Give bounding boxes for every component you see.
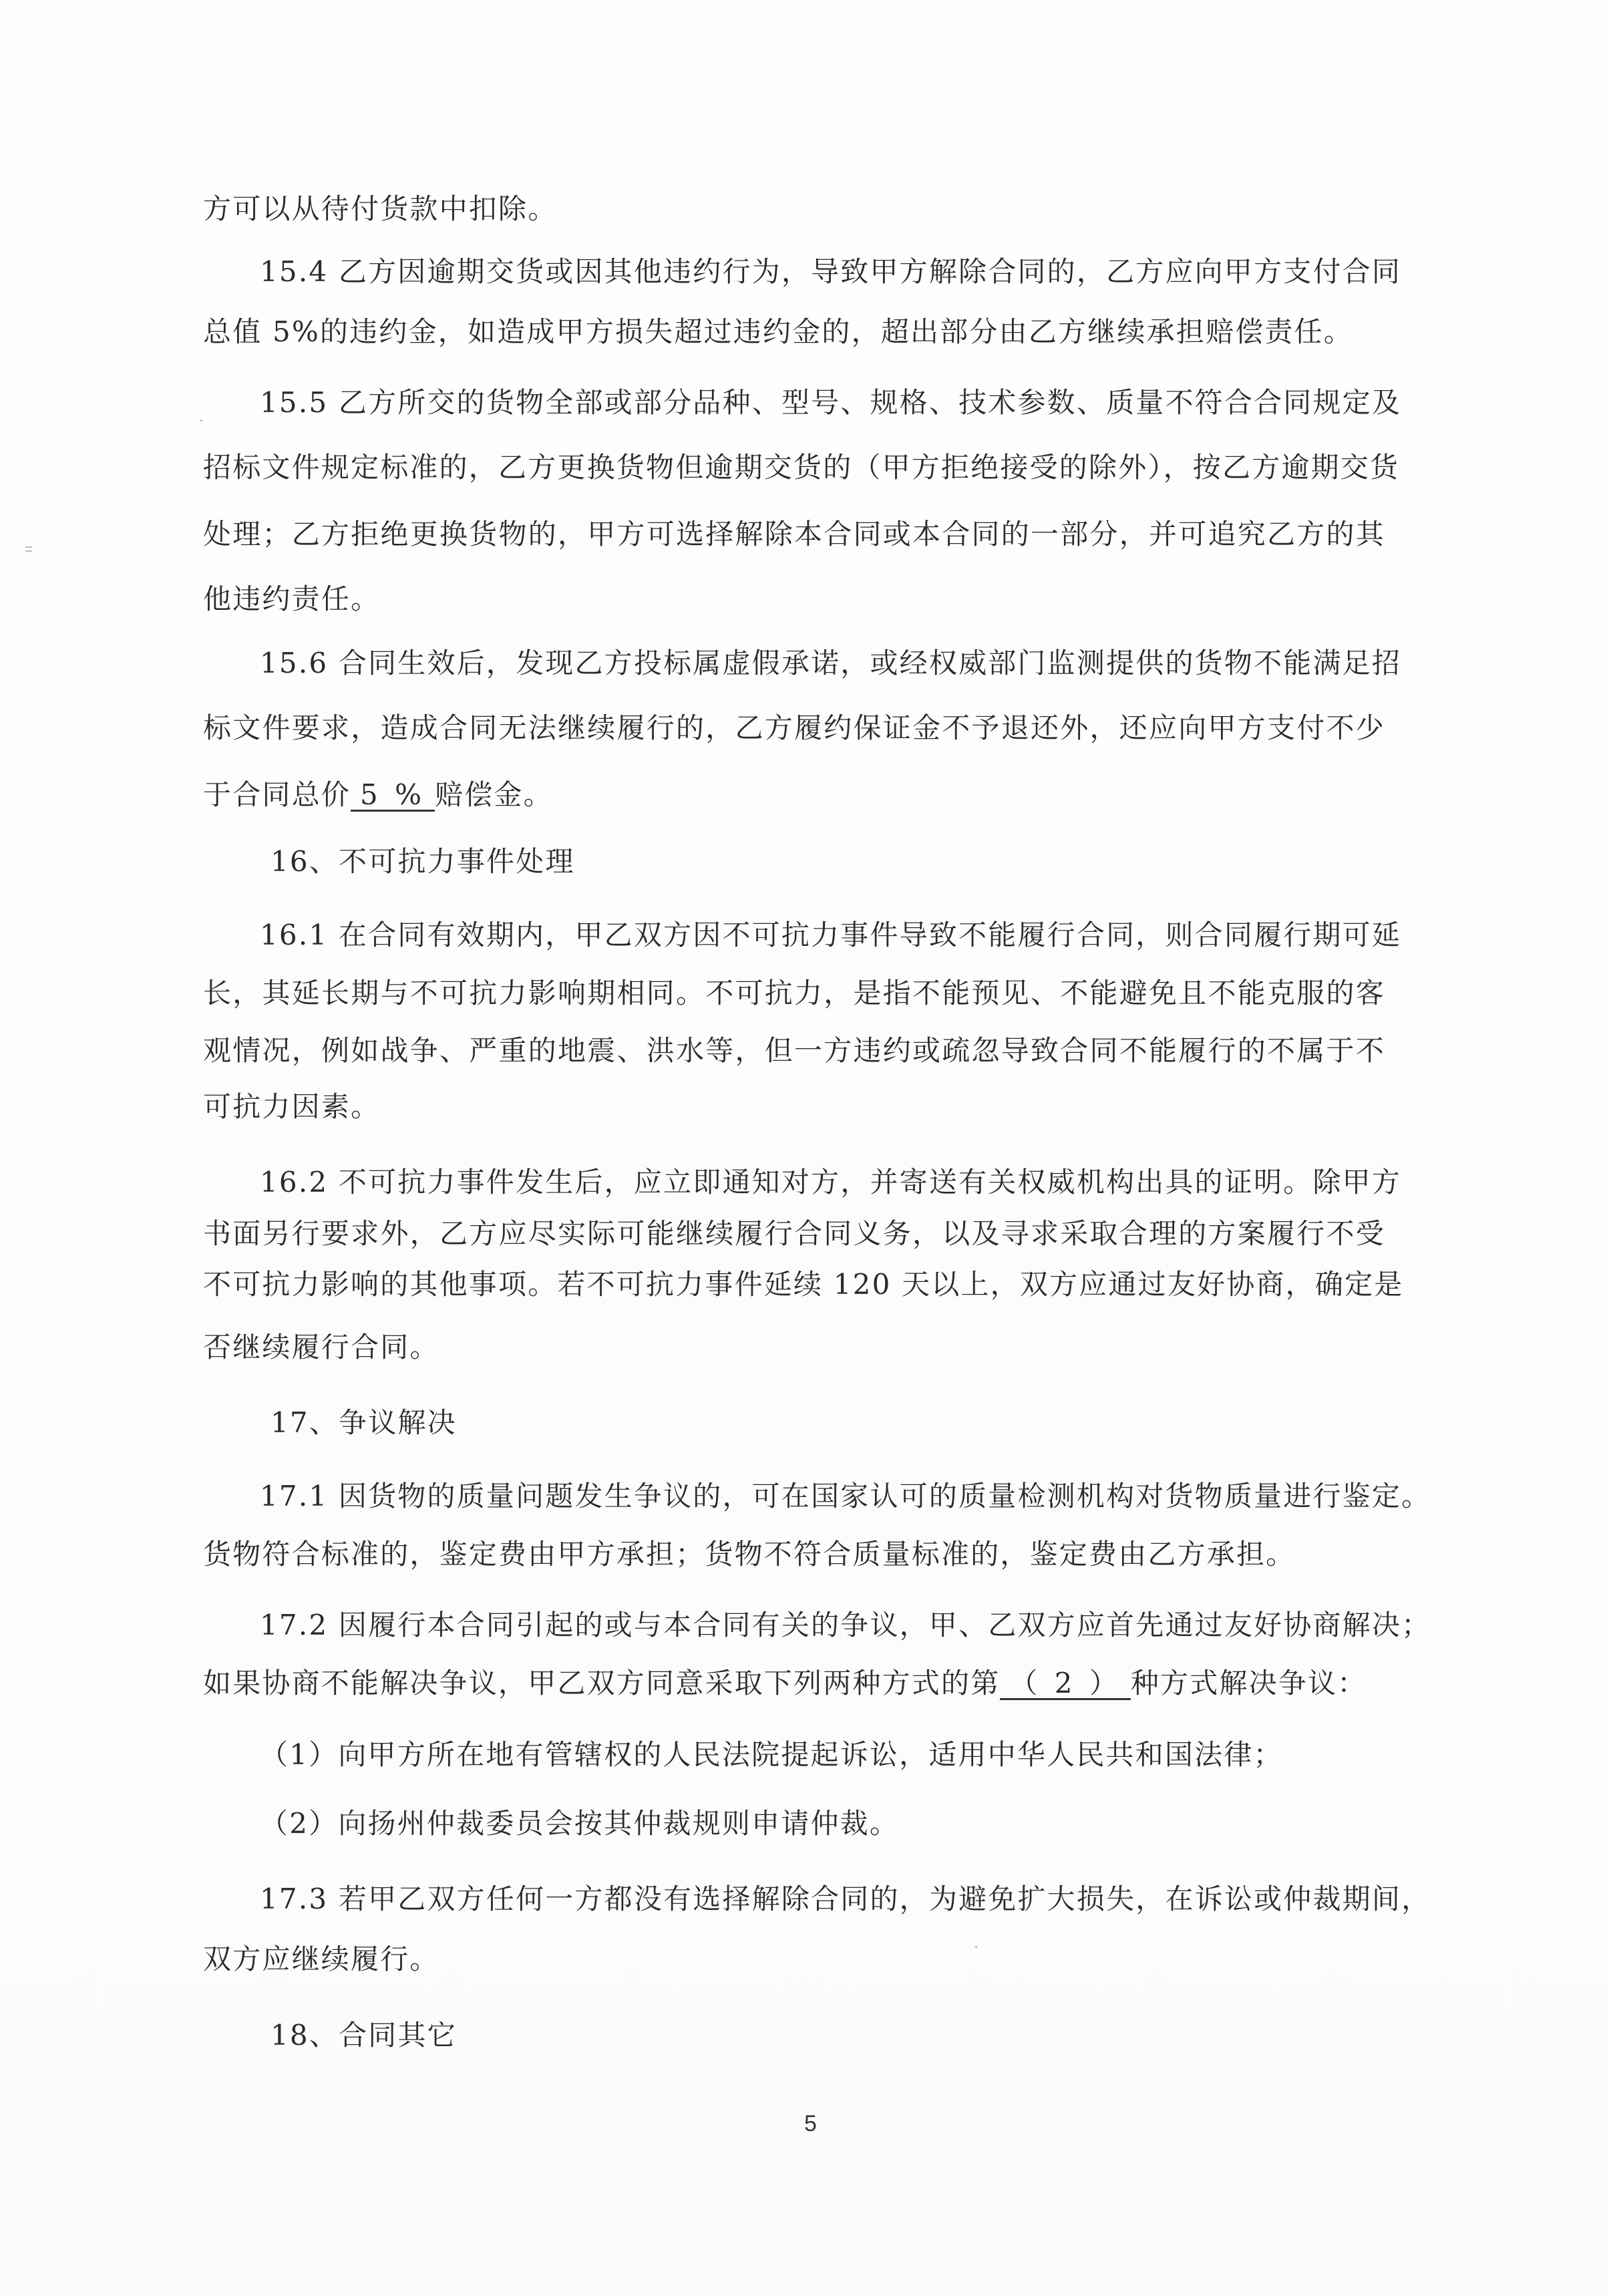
- paragraph-line: 总值 5%的违约金，如造成甲方损失超过违约金的，超出部分由乙方继续承担赔偿责任。: [203, 313, 1385, 351]
- clause-17-3: 17.3 若甲乙双方任何一方都没有选择解除合同的，为避免扩大损失，在诉讼或仲裁期…: [260, 1880, 1385, 1918]
- paragraph-line: 观情况，例如战争、严重的地震、洪水等，但一方违约或疏忽导致合同不能履行的不属于不: [203, 1032, 1385, 1070]
- page-number: 5: [804, 2111, 817, 2137]
- document-page: 方可以从待付货款中扣除。 15.4 乙方因逾期交货或因其他违约行为，导致甲方解除…: [0, 0, 1609, 2296]
- clause-17-1: 17.1 因货物的质量问题发生争议的，可在国家认可的质量检测机构对货物质量进行鉴…: [260, 1478, 1385, 1515]
- text-before-blank: 于合同总价: [203, 778, 351, 811]
- section-heading-16: 16、不可抗力事件处理: [271, 843, 1453, 880]
- paragraph-line: 书面另行要求外，乙方应尽实际可能继续履行合同义务，以及寻求采取合理的方案履行不受: [203, 1215, 1385, 1253]
- text-after-blank: 种方式解决争议：: [1131, 1667, 1367, 1699]
- section-heading-18: 18、合同其它: [271, 2017, 1453, 2054]
- paragraph-line: 标文件要求，造成合同无法继续履行的，乙方履约保证金不予退还外，还应向甲方支付不少: [203, 709, 1385, 747]
- paragraph-line: 如果协商不能解决争议，甲乙双方同意采取下列两种方式的第（ 2 ）种方式解决争议：: [203, 1665, 1385, 1702]
- paragraph-line: 长，其延长期与不可抗力影响期相同。不可抗力，是指不能预见、不能避免且不能克服的客: [203, 975, 1385, 1012]
- section-heading-17: 17、争议解决: [271, 1404, 1453, 1442]
- paragraph-line: 招标文件规定标准的，乙方更换货物但逾期交货的（甲方拒绝接受的除外），按乙方逾期交…: [203, 449, 1385, 486]
- paragraph-line: 于合同总价5 %赔偿金。: [203, 776, 1385, 814]
- clause-17-2: 17.2 因履行本合同引起的或与本合同有关的争议，甲、乙双方应首先通过友好协商解…: [260, 1607, 1385, 1644]
- paragraph-line: 可抗力因素。: [203, 1088, 1385, 1126]
- paragraph-line: 处理；乙方拒绝更换货物的，甲方可选择解除本合同或本合同的一部分，并可追究乙方的其: [203, 516, 1385, 553]
- text-after-blank: 赔偿金。: [435, 778, 553, 811]
- option-1: （1）向甲方所在地有管辖权的人民法院提起诉讼，适用中华人民共和国法律；: [260, 1736, 1385, 1774]
- text-before-blank: 如果协商不能解决争议，甲乙双方同意采取下列两种方式的第: [203, 1667, 1000, 1699]
- clause-15-6: 15.6 合同生效后，发现乙方投标属虚假承诺，或经权威部门监测提供的货物不能满足…: [260, 645, 1385, 682]
- clause-15-4: 15.4 乙方因逾期交货或因其他违约行为，导致甲方解除合同的，乙方应向甲方支付合…: [260, 253, 1385, 291]
- clause-16-1: 16.1 在合同有效期内，甲乙双方因不可抗力事件导致不能履行合同，则合同履行期可…: [260, 917, 1385, 954]
- paragraph-line: 否继续履行合同。: [203, 1329, 1385, 1366]
- scan-margin-mark: [25, 546, 32, 552]
- paragraph-line: 不可抗力影响的其他事项。若不可抗力事件延续 120 天以上，双方应通过友好协商，…: [203, 1266, 1385, 1303]
- paragraph-line: 货物符合标准的，鉴定费由甲方承担；货物不符合质量标准的，鉴定费由乙方承担。: [203, 1536, 1385, 1573]
- filled-blank-percentage: 5 %: [351, 780, 435, 812]
- filled-blank-option: （ 2 ）: [1000, 1669, 1130, 1700]
- clause-15-5: 15.5 乙方所交的货物全部或部分品种、型号、规格、技术参数、质量不符合合同规定…: [260, 384, 1385, 422]
- paragraph-line: 双方应继续履行。: [203, 1941, 1385, 1978]
- scan-speck: [200, 420, 202, 422]
- clause-16-2: 16.2 不可抗力事件发生后，应立即通知对方，并寄送有关权威机构出具的证明。除甲…: [260, 1164, 1385, 1201]
- option-2: （2）向扬州仲裁委员会按其仲裁规则申请仲裁。: [260, 1805, 1385, 1842]
- paragraph-line: 他违约责任。: [203, 581, 1385, 618]
- paragraph-line: 方可以从待付货款中扣除。: [203, 190, 1385, 228]
